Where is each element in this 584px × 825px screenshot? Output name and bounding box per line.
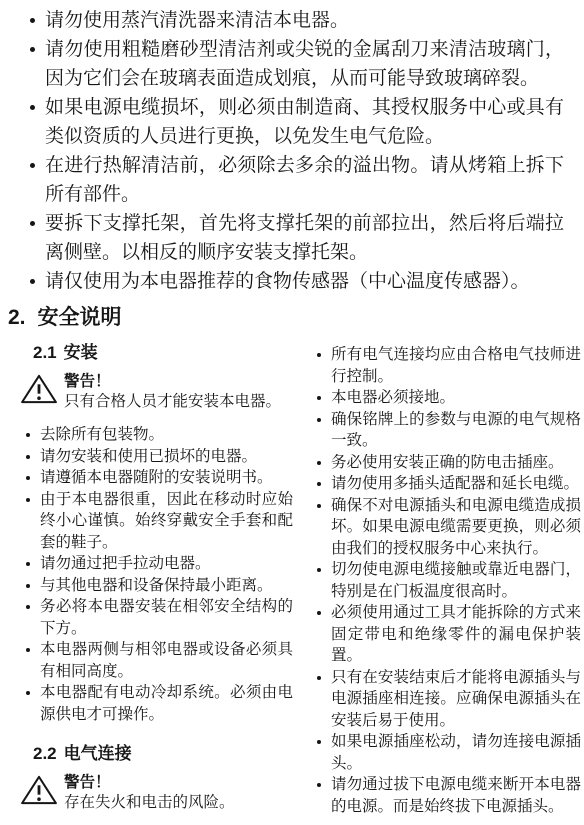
bullet-item: 由于本电器很重，因此在移动时应始终小心谨慎。始终穿戴安全手套和配套的鞋子。 <box>40 489 293 554</box>
bullet-item: 切勿使电源电缆接触或靠近电器门，特别是在门板温度很高时。 <box>331 559 581 602</box>
bullet-item: 请勿使用多插头适配器和延长电缆。 <box>331 473 581 495</box>
installation-bullet-list: 去除所有包装物。 请勿安装和使用已损坏的电器。 请遵循本电器随附的安装说明书。 … <box>20 424 293 725</box>
bullet-item: 与其他电器和设备保持最小距离。 <box>40 575 293 597</box>
bullet-item: 必须使用通过工具才能拆除的方式来固定带电和绝缘零件的漏电保护装置。 <box>331 602 581 667</box>
section-title: 安全说明 <box>38 305 122 329</box>
section-heading-safety: 2.安全说明 <box>8 301 122 331</box>
bullet-item: 务必使用安装正确的防电击插座。 <box>331 452 581 474</box>
manual-page: 请勿使用蒸汽清洗器来清洁本电器。 请勿使用粗糙磨砂型清洁剂或尖锐的金属刮刀来清洁… <box>0 0 584 825</box>
warning-triangle-icon <box>20 775 58 805</box>
subsection-title: 电气连接 <box>64 744 132 763</box>
warning-triangle-icon <box>20 374 58 404</box>
subsection-heading-installation: 2.1安装 <box>33 338 293 363</box>
warning-texts: 警告！ 存在失火和电击的风险。 <box>64 773 235 813</box>
bullet-item: 请勿安装和使用已损坏的电器。 <box>40 446 293 468</box>
bullet-item: 本电器必须接地。 <box>331 387 581 409</box>
bullet-item: 要拆下支撑托架，首先将支撑托架的前部拉出，然后将后端拉离侧壁。以相反的顺序安装支… <box>45 209 564 267</box>
section-number: 2. <box>8 306 26 329</box>
left-column: 2.1安装 警告！ 只有合格人员才能安装本电器。 去除所有包装物。 请勿安装和使… <box>20 338 293 825</box>
warning-block-electrical: 警告！ 存在失火和电击的风险。 <box>20 773 293 813</box>
warning-body: 存在失火和电击的风险。 <box>64 793 235 813</box>
right-column: 所有电气连接均应由合格电气技师进行控制。 本电器必须接地。 确保铭牌上的参数与电… <box>317 344 581 817</box>
subsection-heading-electrical: 2.2电气连接 <box>33 739 293 764</box>
subsection-number: 2.1 <box>33 343 57 362</box>
bullet-item: 务必将本电器安装在相邻安全结构的下方。 <box>40 596 293 639</box>
bullet-item: 所有电气连接均应由合格电气技师进行控制。 <box>331 344 581 387</box>
bullet-item: 如果电源插座松动，请勿连接电源插头。 <box>331 731 581 774</box>
warning-body: 只有合格人员才能安装本电器。 <box>64 392 281 412</box>
subsection-number: 2.2 <box>33 744 57 763</box>
bullet-item: 请勿使用粗糙磨砂型清洁剂或尖锐的金属刮刀来清洁玻璃门，因为它们会在玻璃表面造成划… <box>45 35 564 93</box>
warning-label: 警告！ <box>64 773 235 793</box>
bullet-item: 请遵循本电器随附的安装说明书。 <box>40 467 293 489</box>
bullet-item: 请仅使用为本电器推荐的食物传感器（中心温度传感器）。 <box>45 267 564 296</box>
bullet-item: 请勿通过把手拉动电器。 <box>40 553 293 575</box>
bullet-item: 本电器配有电动冷却系统。必须由电源供电才可操作。 <box>40 682 293 725</box>
bullet-item: 请勿使用蒸汽清洗器来清洁本电器。 <box>45 6 564 35</box>
bullet-item: 确保不对电源插头和电源电缆造成损坏。如果电源电缆需要更换，则必须由我们的授权服务… <box>331 495 581 560</box>
bullet-item: 只有在安装结束后才能将电源插头与电源插座相连接。应确保电源插头在安装后易于使用。 <box>331 667 581 732</box>
warning-block-installation: 警告！ 只有合格人员才能安装本电器。 <box>20 372 293 412</box>
bullet-item: 在进行热解清洁前，必须除去多余的溢出物。请从烤箱上拆下所有部件。 <box>45 151 564 209</box>
warning-label: 警告！ <box>64 372 281 392</box>
electrical-bullet-list: 所有电气连接均应由合格电气技师进行控制。 本电器必须接地。 确保铭牌上的参数与电… <box>317 344 581 817</box>
bullet-item: 如果电源电缆损坏，则必须由制造商、其授权服务中心或具有类似资质的人员进行更换，以… <box>45 93 564 151</box>
top-bullet-list: 请勿使用蒸汽清洗器来清洁本电器。 请勿使用粗糙磨砂型清洁剂或尖锐的金属刮刀来清洁… <box>0 6 584 296</box>
bullet-item: 去除所有包装物。 <box>40 424 293 446</box>
bullet-item: 本电器两侧与相邻电器或设备必须具有相同高度。 <box>40 639 293 682</box>
bullet-item: 确保铭牌上的参数与电源的电气规格一致。 <box>331 409 581 452</box>
subsection-title: 安装 <box>64 343 98 362</box>
warning-texts: 警告！ 只有合格人员才能安装本电器。 <box>64 372 281 412</box>
bullet-item: 请勿通过拔下电源电缆来断开本电器的电源。而是始终拔下电源插头。 <box>331 774 581 817</box>
